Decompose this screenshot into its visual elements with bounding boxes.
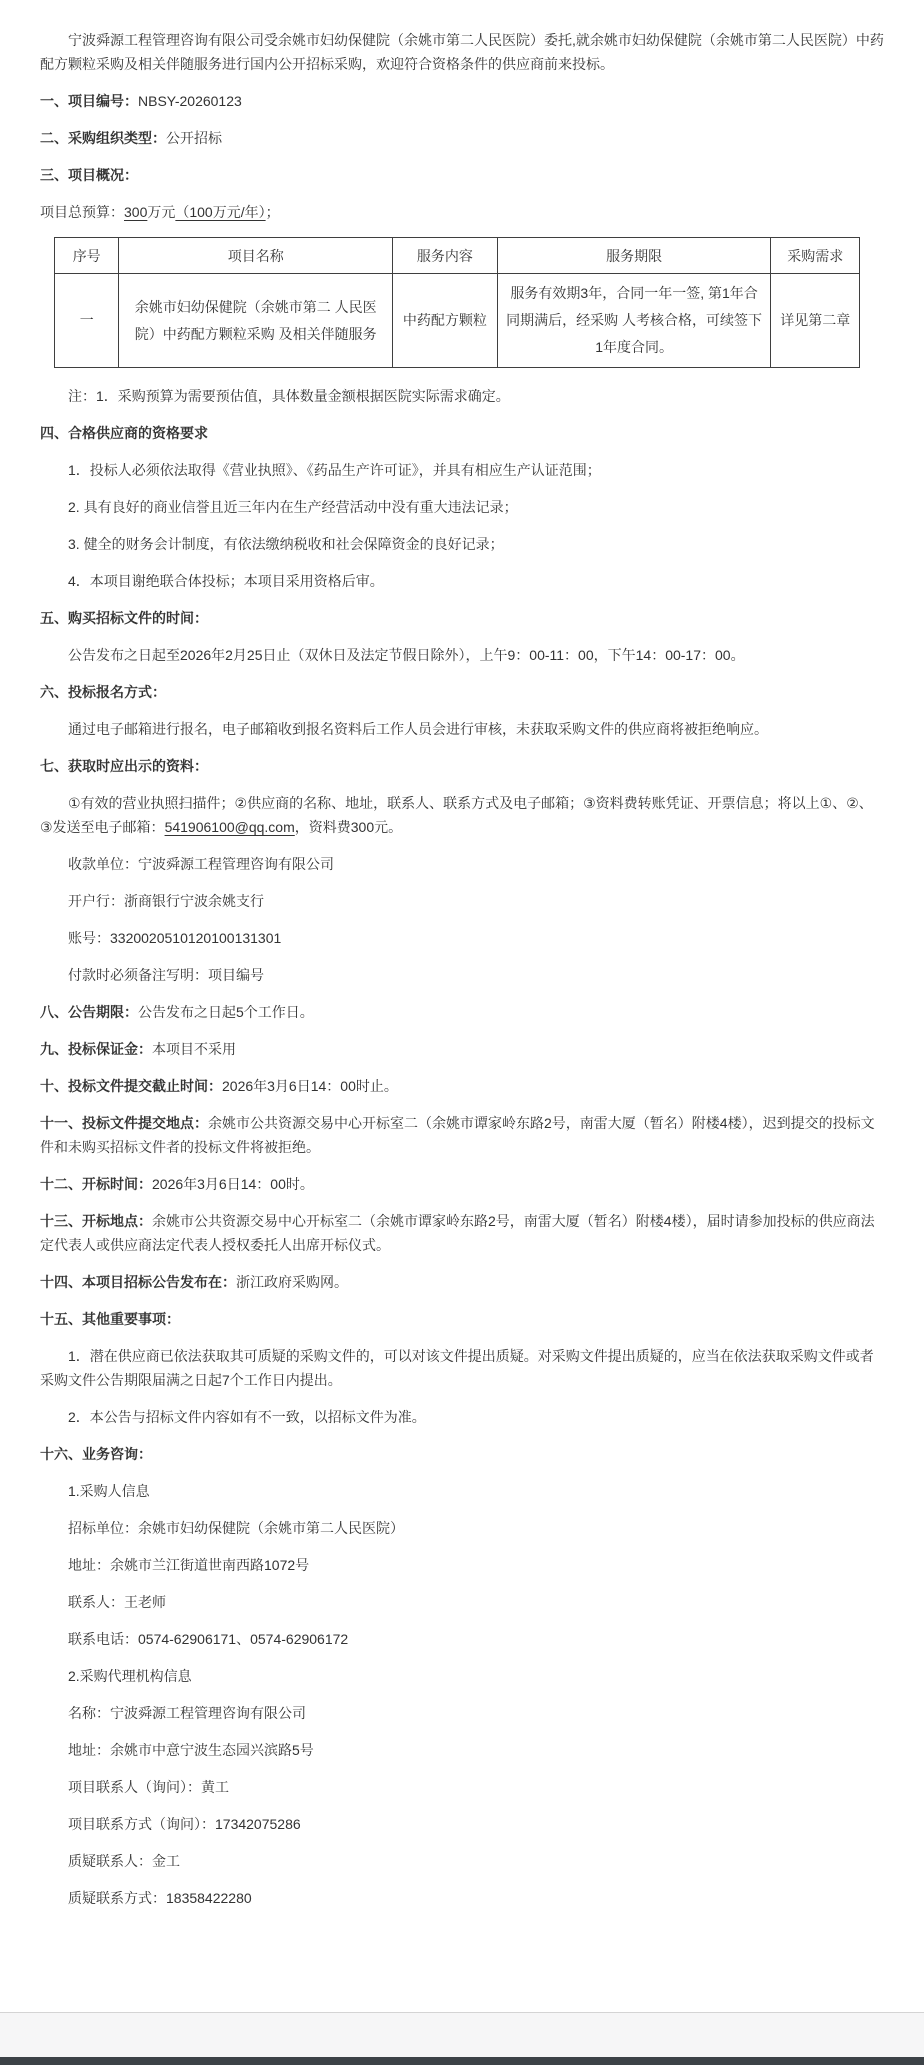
procurement-type-line: 二、采购组织类型：公开招标: [40, 126, 884, 150]
qualification-item: 1．投标人必须依法取得《营业执照》、《药品生产许可证》，并具有相应生产认证范围；: [40, 458, 884, 482]
budget-unit: 万元: [147, 204, 175, 220]
footer-band: [0, 2012, 924, 2057]
header-cell-index: 序号: [55, 238, 119, 274]
payee-line: 收款单位：宁波舜源工程管理咨询有限公司: [40, 852, 884, 876]
purchaser-phone-line: 联系电话：0574-62906171、0574-62906172: [40, 1627, 884, 1651]
agency-phone-line: 项目联系方式（询问）：17342075286: [40, 1812, 884, 1836]
agency-contact-line: 项目联系人（询问）：黄工: [40, 1775, 884, 1799]
bid-bond-line: 九、投标保证金：本项目不采用: [40, 1037, 884, 1061]
purchaser-address-line: 地址：余姚市兰江街道世南西路1072号: [40, 1553, 884, 1577]
business-consult-heading: 十六、业务咨询：: [40, 1442, 884, 1466]
query-phone-line: 质疑联系方式：18358422280: [40, 1886, 884, 1910]
other-matters-item: 1．潜在供应商已依法获取其可质疑的采购文件的，可以对该文件提出质疑。对采购文件提…: [40, 1344, 884, 1392]
procurement-type-label: 二、采购组织类型：: [40, 130, 166, 146]
materials-text-after: ，资料费300元。: [295, 819, 402, 835]
budget-total: 300: [124, 204, 147, 220]
account-line: 账号：3320020510120100131301: [40, 926, 884, 950]
other-matters-item: 2．本公告与招标文件内容如有不一致，以招标文件为准。: [40, 1405, 884, 1429]
project-number-line: 一、项目编号：NBSY-20260123: [40, 89, 884, 113]
budget-line: 项目总预算：300万元（100万元/年）；: [40, 200, 884, 224]
publication-site: 浙江政府采购网。: [236, 1274, 348, 1290]
query-contact-line: 质疑联系人：金工: [40, 1849, 884, 1873]
agency-info-title: 2.采购代理机构信息: [40, 1664, 884, 1688]
cell-service-period: 服务有效期3年，合同一年一签, 第1年合同期满后，经采购 人考核合格，可续签下1…: [497, 274, 771, 368]
submission-place-line: 十一、投标文件提交地点：余姚市公共资源交易中心开标室二（余姚市谭家岭东路2号，南…: [40, 1111, 884, 1159]
intro-paragraph: 宁波舜源工程管理咨询有限公司受余姚市妇幼保健院（余姚市第二人民医院）委托,就余姚…: [40, 28, 884, 76]
project-overview-heading: 三、项目概况：: [40, 163, 884, 187]
other-matters-heading: 十五、其他重要事项：: [40, 1307, 884, 1331]
qualification-item: 3. 健全的财务会计制度，有依法缴纳税收和社会保障资金的良好记录；: [40, 532, 884, 556]
purchaser-unit-line: 招标单位：余姚市妇幼保健院（余姚市第二人民医院）: [40, 1516, 884, 1540]
materials-body: ①有效的营业执照扫描件；②供应商的名称、地址，联系人、联系方式及电子邮箱；③资料…: [40, 791, 884, 839]
tender-announcement-page: 宁波舜源工程管理咨询有限公司受余姚市妇幼保健院（余姚市第二人民医院）委托,就余姚…: [0, 0, 924, 2065]
materials-heading: 七、获取时应出示的资料：: [40, 754, 884, 778]
budget-suffix: ；: [266, 204, 280, 220]
project-number-value: NBSY-20260123: [138, 93, 242, 109]
table-note: 注：1．采购预算为需要预估值，具体数量金额根据医院实际需求确定。: [40, 384, 884, 408]
cell-service-content: 中药配方颗粒: [393, 274, 498, 368]
opening-time-line: 十二、开标时间：2026年3月6日14：00时。: [40, 1172, 884, 1196]
qualification-heading: 四、合格供应商的资格要求: [40, 421, 884, 445]
header-cell-demand: 采购需求: [771, 238, 860, 274]
opening-place-line: 十三、开标地点：余姚市公共资源交易中心开标室二（余姚市谭家岭东路2号，南雷大厦（…: [40, 1209, 884, 1257]
qualification-item: 2. 具有良好的商业信誉且近三年内在生产经营活动中没有重大违法记录；: [40, 495, 884, 519]
procurement-type-value: 公开招标: [166, 130, 222, 146]
cell-project-name: 余姚市妇幼保健院（余姚市第二 人民医院）中药配方颗粒采购 及相关伴随服务: [119, 274, 393, 368]
agency-address-line: 地址：余姚市中意宁波生态园兴滨路5号: [40, 1738, 884, 1762]
budget-per-year: （100万元/年）: [175, 204, 265, 220]
purchaser-info-title: 1.采购人信息: [40, 1479, 884, 1503]
submission-deadline-line: 十、投标文件提交截止时间：2026年3月6日14：00时止。: [40, 1074, 884, 1098]
project-number-label: 一、项目编号：: [40, 93, 138, 109]
table-header-row: 序号 项目名称 服务内容 服务期限 采购需求: [55, 238, 860, 274]
cell-index: 一: [55, 274, 119, 368]
purchase-time-body: 公告发布之日起至2026年2月25日止（双休日及法定节假日除外），上午9：00-…: [40, 643, 884, 667]
publication-line: 十四、本项目招标公告发布在：浙江政府采购网。: [40, 1270, 884, 1294]
table-row: 一 余姚市妇幼保健院（余姚市第二 人民医院）中药配方颗粒采购 及相关伴随服务 中…: [55, 274, 860, 368]
footer-bottom-bar: [0, 2057, 924, 2065]
agency-name-line: 名称：宁波舜源工程管理咨询有限公司: [40, 1701, 884, 1725]
header-cell-service: 服务内容: [393, 238, 498, 274]
email-link[interactable]: 541906100@qq.com: [165, 819, 295, 835]
purchase-time-heading: 五、购买招标文件的时间：: [40, 606, 884, 630]
registration-heading: 六、投标报名方式：: [40, 680, 884, 704]
cell-demand: 详见第二章: [771, 274, 860, 368]
bank-line: 开户行：浙商银行宁波余姚支行: [40, 889, 884, 913]
payment-note-line: 付款时必须备注写明：项目编号: [40, 963, 884, 987]
announcement-content: 宁波舜源工程管理咨询有限公司受余姚市妇幼保健院（余姚市第二人民医院）委托,就余姚…: [0, 0, 924, 2012]
header-cell-name: 项目名称: [119, 238, 393, 274]
header-cell-period: 服务期限: [497, 238, 771, 274]
registration-body: 通过电子邮箱进行报名，电子邮箱收到报名资料后工作人员会进行审核，未获取采购文件的…: [40, 717, 884, 741]
purchaser-contact-line: 联系人：王老师: [40, 1590, 884, 1614]
qualification-item: 4．本项目谢绝联合体投标；本项目采用资格后审。: [40, 569, 884, 593]
budget-label: 项目总预算：: [40, 204, 124, 220]
project-overview-table: 序号 项目名称 服务内容 服务期限 采购需求 一 余姚市妇幼保健院（余姚市第二 …: [54, 237, 860, 368]
announcement-period-line: 八、公告期限：公告发布之日起5个工作日。: [40, 1000, 884, 1024]
